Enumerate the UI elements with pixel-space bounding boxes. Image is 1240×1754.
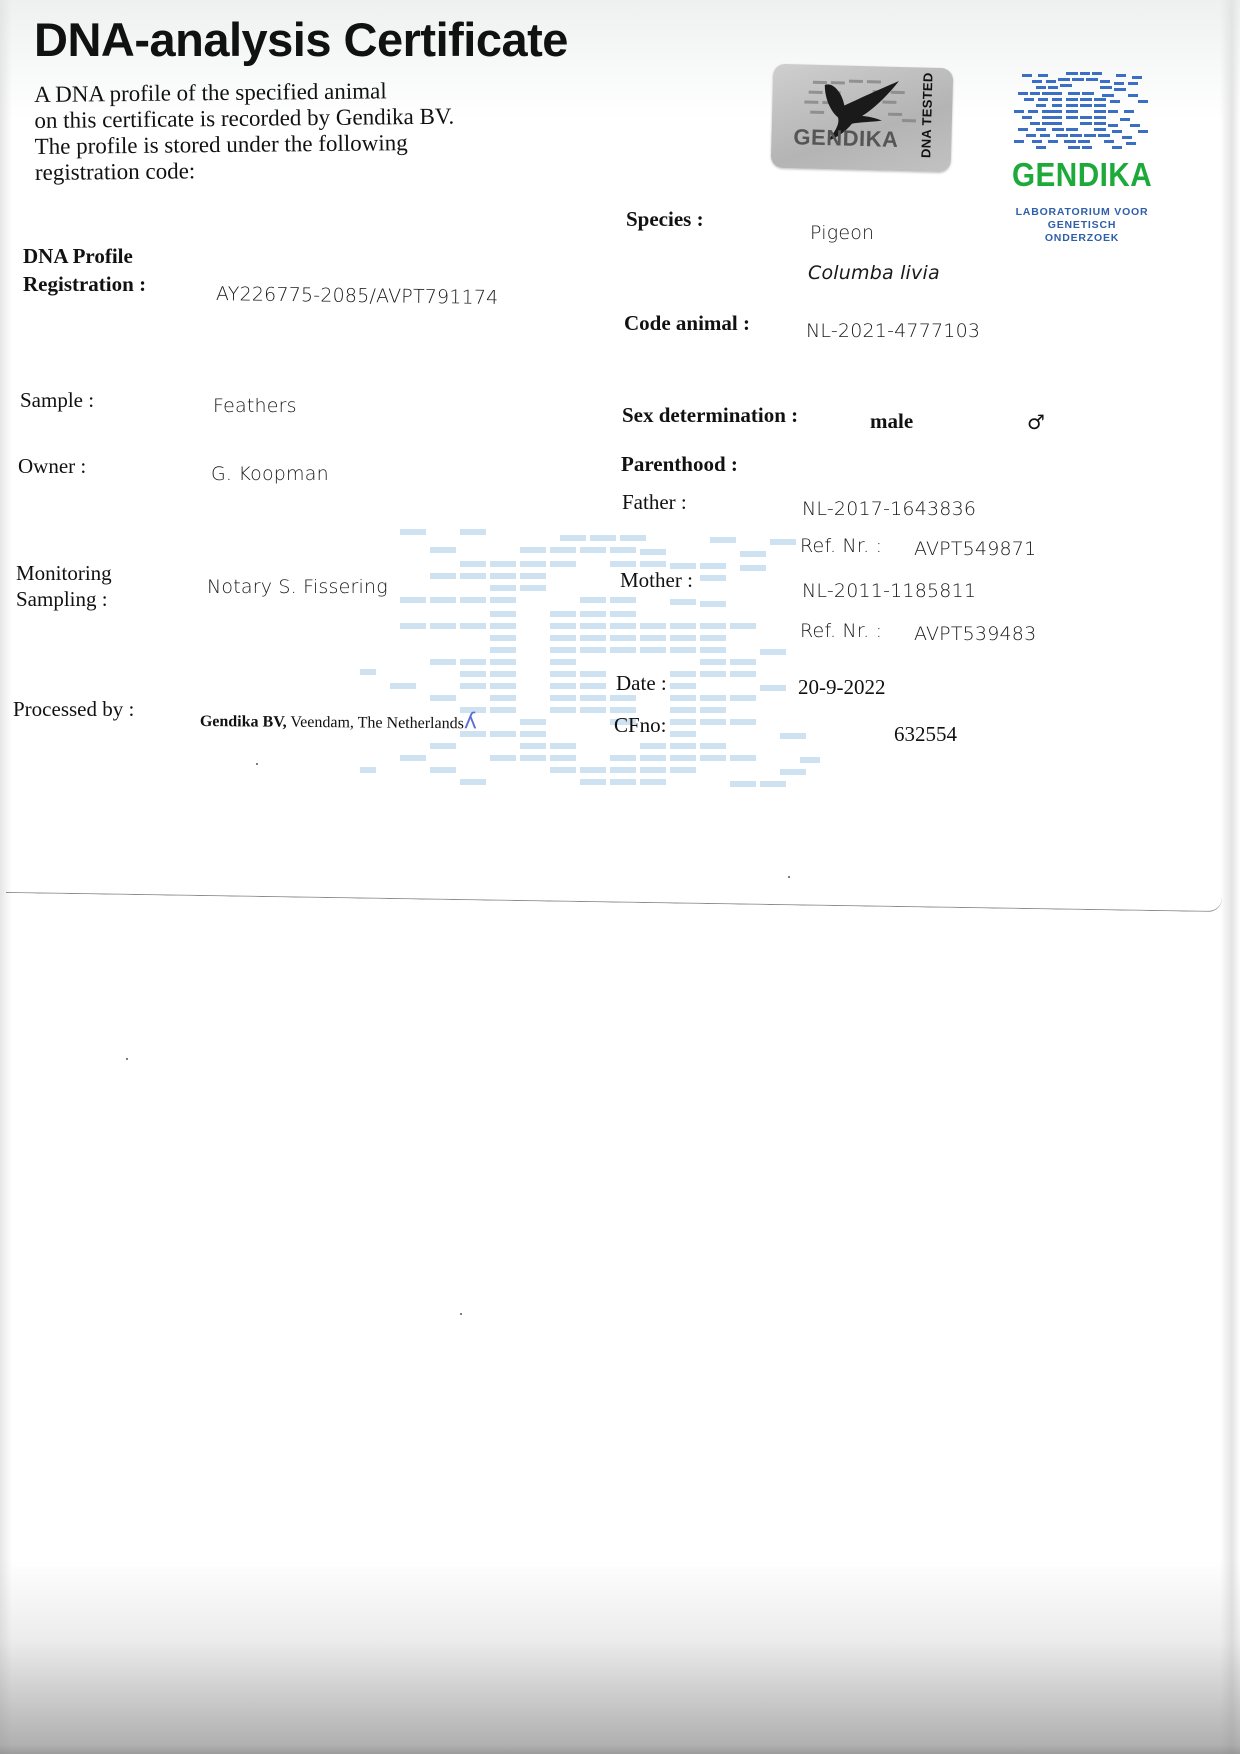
monitoring-value: Notary S. Fissering bbox=[207, 576, 388, 598]
species-common: Pigeon bbox=[810, 222, 874, 244]
registration-label-line1: DNA Profile bbox=[23, 244, 133, 269]
date-value: 20-9-2022 bbox=[798, 675, 886, 700]
scan-speck bbox=[256, 763, 258, 765]
father-ref-value: AVPT549871 bbox=[914, 538, 1036, 560]
species-latin: Columba livia bbox=[808, 262, 940, 284]
dna-tested-stamp: GENDIKA DNA TESTED bbox=[771, 64, 954, 173]
scan-speck bbox=[126, 1058, 128, 1060]
monitoring-label-line1: Monitoring bbox=[16, 561, 112, 586]
owner-label: Owner : bbox=[18, 454, 86, 479]
parenthood-label: Parenthood : bbox=[621, 452, 738, 477]
scan-speck bbox=[460, 1313, 462, 1315]
father-value: NL-2017-1643836 bbox=[802, 498, 976, 520]
mother-label: Mother : bbox=[620, 568, 693, 593]
certificate-title: DNA-analysis Certificate bbox=[34, 12, 568, 67]
stamp-brand: GENDIKA bbox=[793, 124, 899, 153]
intro-text: A DNA profile of the specified animal on… bbox=[34, 78, 455, 186]
intro-line: registration code: bbox=[35, 156, 455, 186]
date-label: Date : bbox=[616, 671, 667, 696]
dna-g-logo-icon bbox=[1012, 70, 1152, 152]
mother-ref-value: AVPT539483 bbox=[914, 623, 1036, 645]
registration-value: AY226775-2085/AVPT791174 bbox=[216, 283, 499, 309]
owner-value: G. Koopman bbox=[211, 463, 329, 485]
processed-location: Veendam, The Netherlands bbox=[287, 714, 464, 733]
dna-watermark-icon bbox=[360, 525, 820, 795]
signature-mark: ʎ bbox=[464, 709, 477, 734]
logo-subtitle: LABORATORIUM VOOR GENETISCH ONDERZOEK bbox=[1012, 206, 1152, 245]
logo-subtitle-line: GENETISCH ONDERZOEK bbox=[1012, 219, 1152, 245]
father-ref-label: Ref. Nr. : bbox=[800, 535, 882, 557]
species-label: Species : bbox=[626, 207, 704, 232]
sex-value: male bbox=[870, 409, 913, 434]
sex-label: Sex determination : bbox=[622, 403, 798, 428]
processed-label: Processed by : bbox=[13, 697, 134, 722]
logo-name: GENDIKA bbox=[1012, 156, 1152, 194]
sample-value: Feathers bbox=[213, 395, 297, 417]
processed-company: Gendika BV, bbox=[200, 713, 287, 731]
male-icon: ♂ bbox=[1027, 410, 1045, 434]
code-animal-value: NL-2021-4777103 bbox=[806, 320, 980, 342]
mother-value: NL-2011-1185811 bbox=[802, 580, 976, 602]
registration-label-line2: Registration : bbox=[23, 272, 146, 297]
mother-ref-label: Ref. Nr. : bbox=[800, 620, 882, 642]
code-animal-label: Code animal : bbox=[624, 311, 750, 336]
cfno-value: 632554 bbox=[894, 722, 957, 747]
intro-line: The profile is stored under the followin… bbox=[35, 130, 455, 160]
stamp-badge: DNA TESTED bbox=[919, 72, 936, 158]
cfno-label: CFno: bbox=[614, 713, 667, 738]
monitoring-label-line2: Sampling : bbox=[16, 587, 108, 612]
sample-label: Sample : bbox=[20, 388, 94, 413]
father-label: Father : bbox=[622, 490, 687, 515]
processed-value: Gendika BV, Veendam, The Netherlandsʎ bbox=[200, 707, 477, 734]
scan-speck bbox=[788, 876, 790, 878]
logo-subtitle-line: LABORATORIUM VOOR bbox=[1012, 206, 1152, 219]
